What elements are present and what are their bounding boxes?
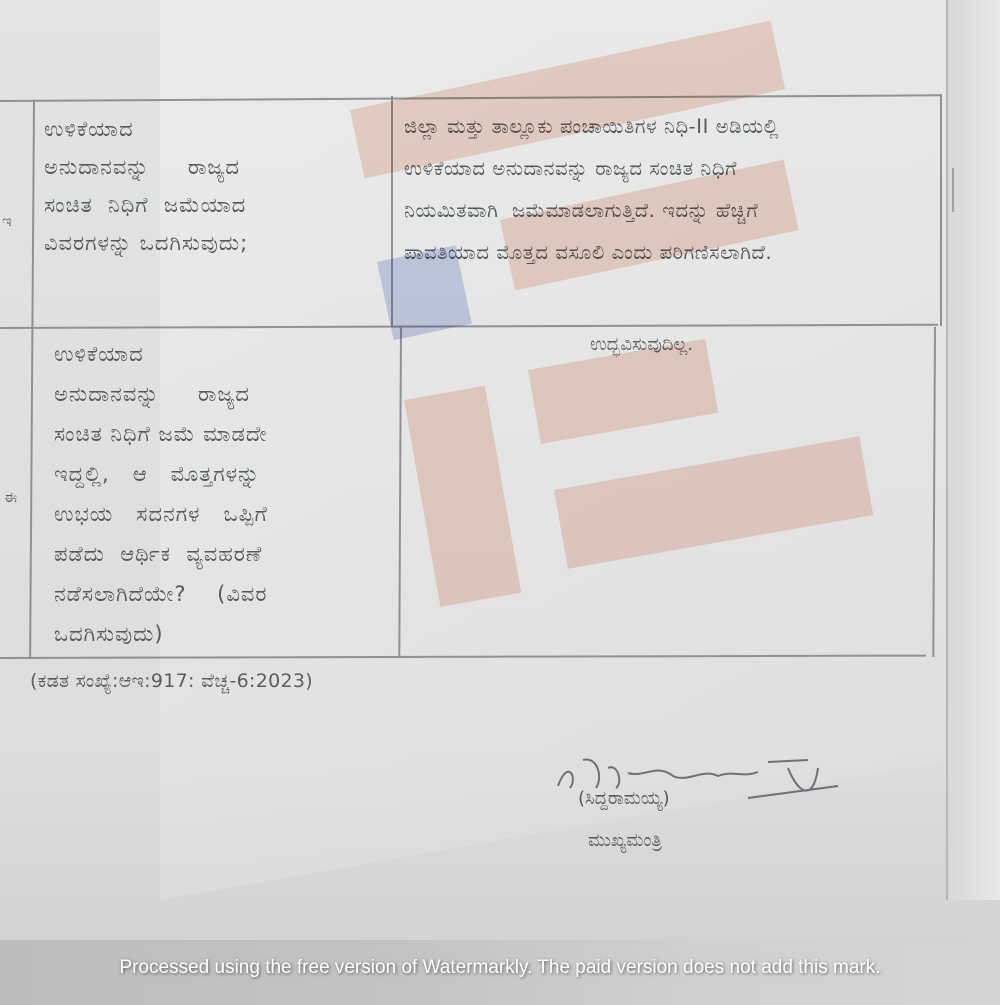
table-rule-middle [0,324,938,329]
question-line: ಸಂಚಿತ ನಿಧಿಗೆ ಜಮೆಯಾದ [44,186,384,224]
answer-line: ನಿಯಮಿತವಾಗಿ ಜಮೆಮಾಡಲಾಗುತ್ತಿದೆ. ಇದನ್ನು ಹೆಚ್… [404,190,934,232]
watermark-banner: Processed using the free version of Wate… [0,940,1000,1005]
question-cell: ಉಳಿಕೆಯಾದ ಅನುದಾನವನ್ನು ರಾಜ್ಯದ ಸಂಚಿತ ನಿಧಿಗೆ… [44,110,384,262]
question-line: ಉಳಿಕೆಯಾದ [44,110,384,148]
file-reference-note: (ಕಡತ ಸಂಖ್ಯೆ:ಆಇ:917: ವೆಚ್ಚ-6:2023) [30,670,313,692]
question-line: ಒದಗಿಸುವುದು) [54,614,399,654]
table-col-divider-1 [29,102,35,658]
answer-cell-not-applicable: ಉದ್ಭವಿಸುವುದಿಲ್ಲ. [590,334,693,355]
answer-line: ಜಿಲ್ಲಾ ಮತ್ತು ತಾಲ್ಲೂಕು ಪಂಚಾಯಿತಿಗಳ ನಿಧಿ-II… [404,106,934,148]
question-cell: ಉಳಿಕೆಯಾದ ಅನುದಾನವನ್ನು ರಾಜ್ಯದ ಸಂಚಿತ ನಿಧಿಗೆ… [54,334,399,654]
question-line: ಉಳಿಕೆಯಾದ [54,334,399,374]
row-label: ಇ [2,212,12,230]
question-line: ಇದ್ದಲ್ಲಿ, ಆ ಮೊತ್ತಗಳನ್ನು [54,454,399,494]
watermark-text: Processed using the free version of Wate… [0,957,1000,979]
question-line: ಅನುದಾನವನ್ನು ರಾಜ್ಯದ [44,148,384,186]
answer-line: ಉಳಿಕೆಯಾದ ಅನುದಾನವನ್ನು ರಾಜ್ಯದ ಸಂಚಿತ ನಿಧಿಗೆ [404,148,934,190]
signatory-title: ಮುಖ್ಯಮಂತ್ರಿ [588,830,662,851]
question-line: ನಡೆಸಲಾಗಿದೆಯೇ? (ವಿವರ [54,574,399,614]
signatory-name: (ಸಿದ್ದರಾಮಯ್ಯ) [578,788,670,809]
question-line: ಅನುದಾನವನ್ನು ರಾಜ್ಯದ [54,374,399,414]
document-table: ಇ ಉಳಿಕೆಯಾದ ಅನುದಾನವನ್ನು ರಾಜ್ಯದ ಸಂಚಿತ ನಿಧಿ… [0,0,1000,700]
question-line: ವಿವರಗಳನ್ನು ಒದಗಿಸುವುದು; [44,224,384,262]
answer-line: ಪಾವತಿಯಾದ ಮೊತ್ತದ ವಸೂಲಿ ಎಂದು ಪರಿಗಣಿಸಲಾಗಿದೆ… [404,232,934,274]
table-col-divider-3 [940,94,942,326]
table-col-divider-3b [932,327,936,657]
question-line: ಪಡೆದು ಆರ್ಥಿಕ ವ್ಯವಹರಣೆ [54,534,399,574]
table-rule-bottom [0,655,926,659]
question-line: ಸಂಚಿತ ನಿಧಿಗೆ ಜಮೆ ಮಾಡದೇ [54,414,399,454]
table-rule-top [0,94,940,102]
table-col-divider-2 [391,96,393,326]
row-label: ಈ [4,488,17,506]
question-line: ಉಭಯ ಸದನಗಳ ಒಪ್ಪಿಗೆ [54,494,399,534]
answer-cell: ಜಿಲ್ಲಾ ಮತ್ತು ತಾಲ್ಲೂಕು ಪಂಚಾಯಿತಿಗಳ ನಿಧಿ-II… [404,106,934,274]
